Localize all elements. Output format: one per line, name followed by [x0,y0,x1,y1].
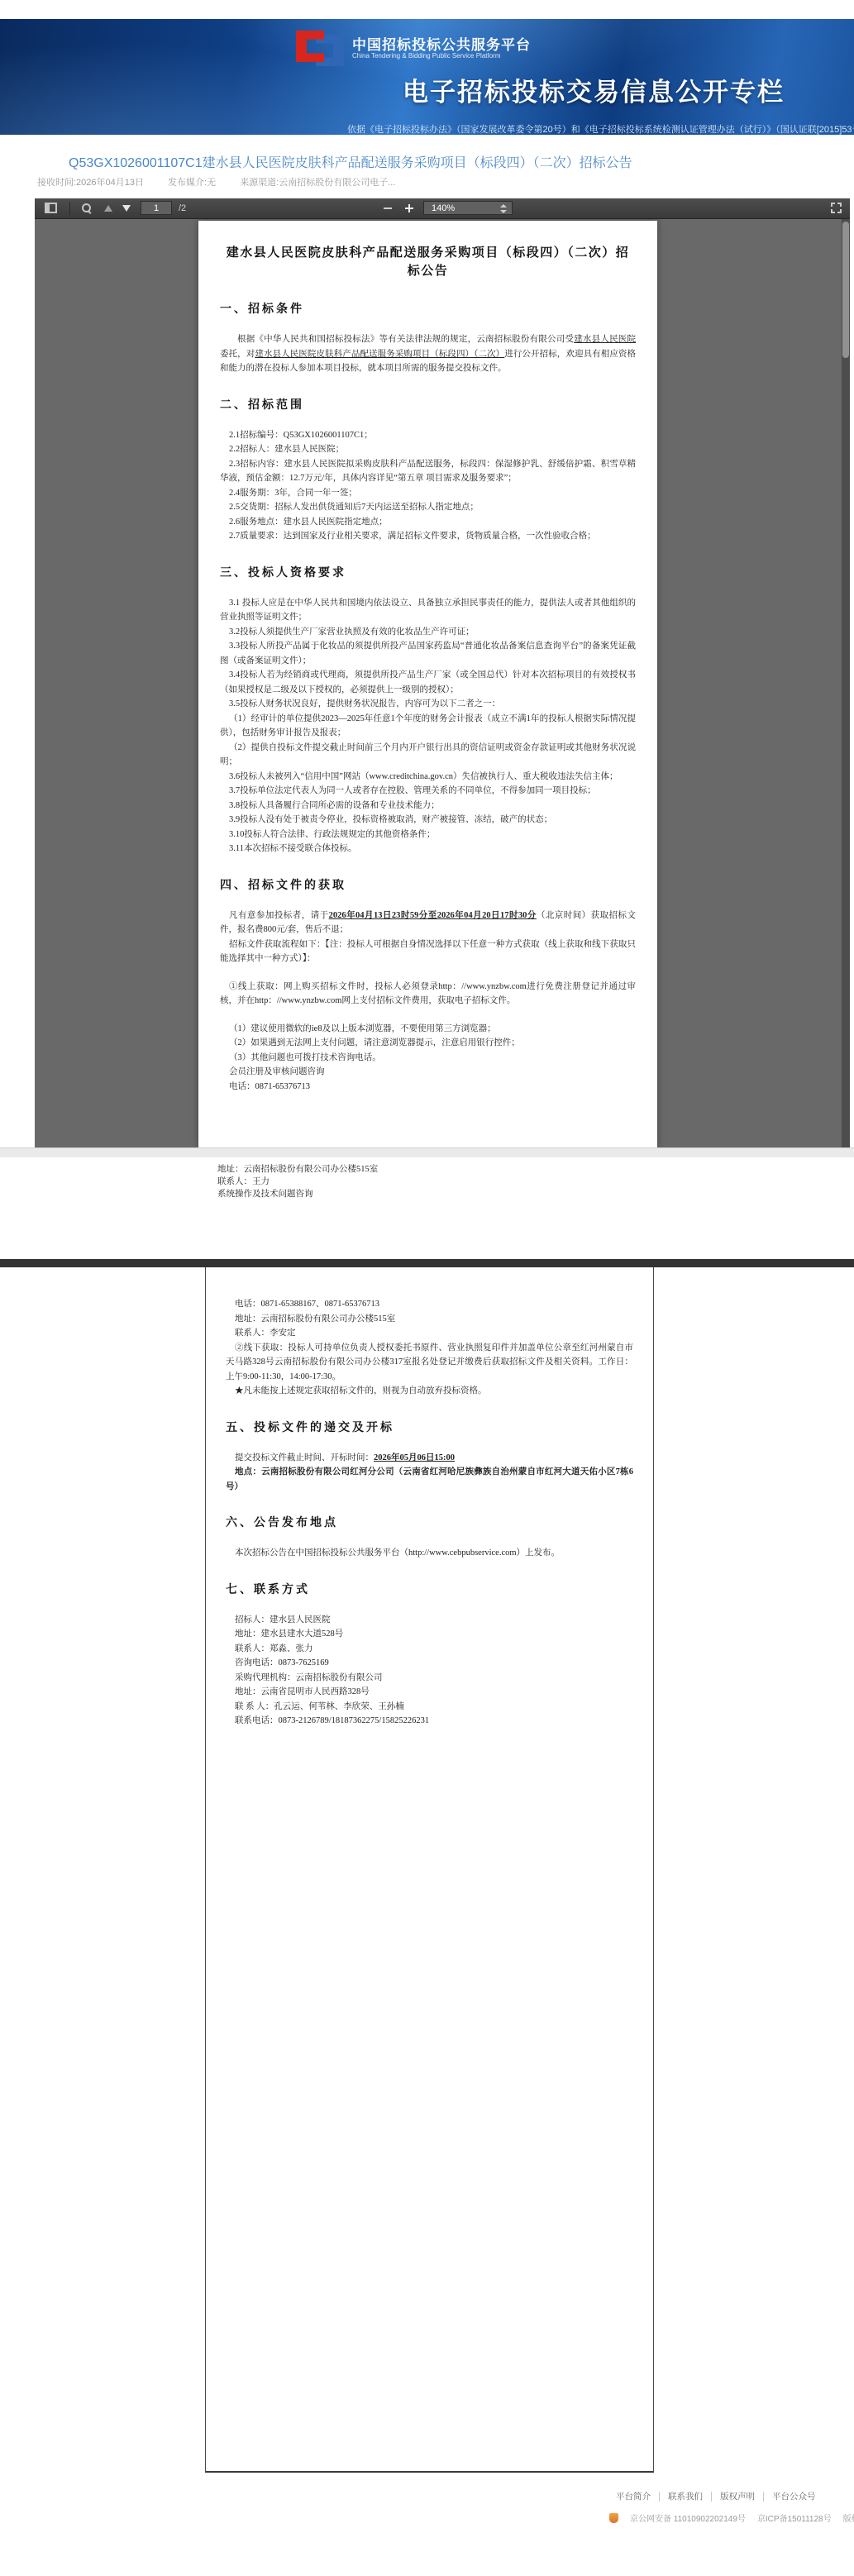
platform-logo-icon [296,28,346,66]
doc-heading-1: 一、招标条件 [220,302,636,318]
doc-heading-2: 二、招标范围 [220,398,636,414]
doc-line: 2.4服务期：3年，合同一年一签； [220,486,636,501]
next-page-icon[interactable] [122,205,131,212]
page-number-input[interactable] [141,201,172,215]
previous-page-icon[interactable] [104,205,112,212]
site-banner: 中国招标投标公共服务平台 China Tendering & Bidding P… [0,19,854,135]
doc-line: 3.9投标人没有处于被责令停业，投标资格被取消，财产被接管、冻结，破产的状态； [220,813,636,828]
doc-line: 联系人：李安定 [226,1326,633,1341]
stitch-band [0,1147,854,1157]
doc-line: （2）提供自投标文件提交截止时间前三个月内开户银行出具的资信证明或资金存款证明或… [220,741,636,770]
doc-line: 联系人：王力 [208,1176,854,1188]
platform-name: 中国招标投标公共服务平台 [352,33,531,54]
page-count-label: /2 [179,203,186,213]
doc-heading-3: 三、投标人资格要求 [220,565,636,582]
doc-line: 2.3招标内容：建水县人民医院拟采购皮肤科产品配送服务，标段四：保湿修护乳、舒缓… [220,457,636,486]
doc-section-3-list: 3.1 投标人应是在中华人民共和国境内依法设立、具备独立承担民事责任的能力，提供… [220,596,636,856]
meta-publish-media: 发布媒介:无 [168,178,216,188]
pdf-viewer: /2 140% 建水县人民医院皮肤科产品配送服务采购项目（标段四）（二次）招标公… [35,198,850,1148]
zoom-in-button[interactable] [403,203,415,214]
doc-publish-place-line: 本次招标公告在中国招标投标公共服务平台（http://www.cebpubser… [226,1546,633,1561]
doc-line: 3.2投标人须提供生产厂家营业执照及有效的化妆品生产许可证； [220,625,636,640]
doc-line: （2）如果遇到无法网上支付问题，请注意浏览器提示，注意启用银行控件； [220,1036,636,1051]
doc-star-note-line: ★凡未能按上述规定获取招标文件的，则视为自动放弃投标资格。 [226,1384,633,1399]
zoom-level-value: 140% [432,203,455,213]
footer-link[interactable]: 联系我们 [660,2492,712,2502]
doc-line: 电话：0871-65388167、0871-65376713 [226,1297,633,1312]
doc-line: 地址：建水县建水大道528号 [226,1627,633,1642]
doc-line: 地址：云南招标股份有限公司办公楼515室 [226,1312,633,1327]
doc-line: （1）经审计的单位提供2023—2025年任意1个年度的财务会计报表（成立不满1… [220,712,636,741]
doc-member-consult-line: 会员注册及审核问题咨询 [220,1065,636,1080]
doc-title: 建水县人民医院皮肤科产品配送服务采购项目（标段四）（二次）招标公告 [220,244,636,280]
doc-phone-line: 电话：0871-65376713 [220,1080,636,1095]
logo-red-shape [296,31,324,62]
doc-line: 采购代理机构：云南招标股份有限公司 [226,1671,633,1686]
doc-line: 3.8投标人具备履行合同所必需的设备和专业技术能力； [220,799,636,813]
doc-text: 委托，对 [220,350,255,359]
article-meta: 接收时间:2026年04月13日 发布媒介:无 来源渠道:云南招标股份有限公司电… [37,175,417,188]
pdf-page-2: 电话：0871-65388167、0871-65376713地址：云南招标股份有… [205,1267,654,2473]
doc-line: 2.5交货期：招标人发出供货通知后7天内运送至招标人指定地点； [220,500,636,515]
meta-receive-time: 接收时间:2026年04月13日 [37,178,144,188]
doc-paragraph: 根据《中华人民共和国招标投标法》等有关法律法规的规定，云南招标股份有限公司受建水… [220,332,636,376]
sidebar-toggle-icon[interactable] [45,203,57,213]
copyright-text: 版权所有：中国招标投标公共服务平台有限公司 [843,2512,854,2524]
doc-underlined-text: 建水县人民医院 [574,335,636,344]
toolbar-separator [69,202,70,215]
doc-heading-5: 五、投标文件的递交及开标 [226,1420,633,1437]
doc-line: 联 系 人：孔云运、何苇林、李欣荣、王孙楠 [226,1700,633,1715]
doc-heading-4: 四、招标文件的获取 [220,878,636,894]
footer-link[interactable]: 平台简介 [608,2492,660,2502]
doc-line: 2.2招标人：建水县人民医院； [220,442,636,457]
doc-text: 提交投标文件截止时间、开标时间： [235,1453,374,1462]
doc-line: 3.4投标人若为经销商或代理商，须提供所投产品生产厂家（或全国总代）针对本次招标… [220,668,636,697]
police-badge-icon [609,2513,618,2523]
fullscreen-icon[interactable] [831,203,842,213]
pdf-page-1: 建水县人民医院皮肤科产品配送服务采购项目（标段四）（二次）招标公告 一、招标条件… [198,221,657,1148]
column-title: 电子招标投标交易信息公开专栏 [403,71,785,108]
doc-line: 3.11本次招标不接受联合体投标。 [220,842,636,856]
search-icon[interactable] [81,203,93,214]
scrollbar-thumb[interactable] [842,222,849,358]
platform-name-en: China Tendering & Bidding Public Service… [352,52,501,60]
doc-line: 2.6服务地点：建水县人民医院指定地点； [220,515,636,530]
footer-link[interactable]: 平台公众号 [764,2492,824,2502]
doc-heading-7: 七、联系方式 [226,1582,633,1599]
doc-agency-contact-list: 电话：0871-65388167、0871-65376713地址：云南招标股份有… [226,1297,633,1341]
page-separator [0,1259,854,1267]
doc-underlined-text: 建水县人民医院皮肤科产品配送服务采购项目（标段四）（二次） [255,350,504,359]
doc-line: 系统操作及技术问题咨询 [208,1188,854,1200]
footer-copyright: 京公网安备 11010902202149号 京ICP备15011128号 版权所… [609,2512,854,2524]
viewer-scrollbar[interactable] [842,219,850,1148]
doc-line: 3.10投标人符合法律、行政法规规定的其他资格条件； [220,828,636,842]
dropdown-arrows-icon [500,203,507,214]
banner-notice-line: 依据《电子招标投标办法》（国家发展改革委令第20号）和《电子招标投标系统检测认证… [347,122,854,135]
pdf-canvas-area: 建水县人民医院皮肤科产品配送服务采购项目（标段四）（二次）招标公告 一、招标条件… [35,219,850,1148]
doc-line: （1）建议使用微软的ie8及以上版本浏览器，不要使用第三方浏览器； [220,1022,636,1037]
doc-line: 3.5投标人财务状况良好，提供财务状况报告，内容可为以下二者之一： [220,697,636,712]
beian-gongan: 京公网安备 11010902202149号 [630,2512,746,2524]
doc-obtain-period-line: 凡有意参加投标者，请于2026年04月13日23时59分至2026年04月20日… [220,909,636,937]
page-root: 中国招标投标公共服务平台 China Tendering & Bidding P… [0,0,854,2576]
doc-line: 地址：云南省昆明市人民西路328号 [226,1685,633,1700]
doc-open-bid-place-line: 地点：云南招标股份有限公司红河分公司（云南省红河哈尼族彝族自治州蒙自市红河大道天… [226,1465,633,1494]
zoom-level-select[interactable]: 140% [423,201,513,215]
doc-heading-6: 六、公告发布地点 [226,1515,633,1532]
doc-notes-list: （1）建议使用微软的ie8及以上版本浏览器，不要使用第三方浏览器；（2）如果遇到… [220,1022,636,1066]
doc-text: 凡有意参加投标者，请于 [229,911,329,920]
doc-obtain-flow-line: 招标文件获取流程如下：【注：投标人可根据自身情况选择以下任意一种方式获取（线上获… [220,937,636,966]
doc-line: 3.7投标单位法定代表人为同一人或者存在控股、管理关系的不同单位，不得参加同一项… [220,784,636,799]
page1-continuation: 地址：云南招标股份有限公司办公楼515室联系人：王力系统操作及技术问题咨询 [0,1157,854,1259]
doc-line: 地址：云南招标股份有限公司办公楼515室 [208,1163,854,1176]
doc-line: 联系人：郑淼、张力 [226,1642,633,1657]
doc-line: 2.7质量要求：达到国家及行业相关要求，满足招标文件要求，货物质量合格，一次性验… [220,529,636,544]
doc-line: 咨询电话：0873-7625169 [226,1656,633,1671]
footer-link[interactable]: 版权声明 [712,2492,764,2502]
pdf-toolbar: /2 140% [35,198,850,219]
doc-online-obtain-line: ①线上获取：网上购买招标文件时，投标人必须登录http：//www.ynzbw.… [220,980,636,1009]
doc-line: （3）其他问题也可拨打技术咨询电话。 [220,1051,636,1066]
doc-line: 3.6投标人未被列入“信用中国”网站（www.creditchina.gov.c… [220,770,636,785]
meta-source-channel: 来源渠道:云南招标股份有限公司电子... [240,178,395,188]
doc-line: 3.1 投标人应是在中华人民共和国境内依法设立、具备独立承担民事责任的能力，提供… [220,596,636,625]
doc-section-2-list: 2.1招标编号：Q53GX1026001107C1；2.2招标人：建水县人民医院… [220,428,636,544]
doc-line: 3.3投标人所投产品属于化妆品的须提供所投产品国家药监局“普通化妆品备案信息查询… [220,639,636,668]
beian-icp: 京ICP备15011128号 [757,2512,832,2524]
doc-line: 招标人：建水县人民医院 [226,1613,633,1628]
doc-offline-obtain-line: ②线下获取：投标人可持单位负责人授权委托书原件、营业执照复印件并加盖单位公章至红… [226,1341,633,1385]
doc-deadline-range: 2026年04月13日23时59分至2026年04月20日17时30分 [329,911,537,920]
doc-contact-list: 招标人：建水县人民医院地址：建水县建水大道528号联系人：郑淼、张力咨询电话：0… [226,1613,633,1729]
doc-deadline-line: 提交投标文件截止时间、开标时间：2026年05月06日15:00 [226,1451,633,1466]
article-title[interactable]: Q53GX1026001107C1建水县人民医院皮肤科产品配送服务采购项目（标段… [69,152,632,171]
doc-line: 联系电话：0873-2126789/18187362275/1582522623… [226,1714,633,1729]
footer-links: 平台简介联系我们版权声明平台公众号 [608,2490,824,2502]
zoom-out-button[interactable] [382,203,394,214]
doc-line: 2.1招标编号：Q53GX1026001107C1； [220,428,636,443]
doc-text: 根据《中华人民共和国招标投标法》等有关法律法规的规定，云南招标股份有限公司受 [237,335,574,344]
doc-open-bid-time: 2026年05月06日15:00 [374,1453,455,1462]
doc-continuation-list: 地址：云南招标股份有限公司办公楼515室联系人：王力系统操作及技术问题咨询 [208,1163,854,1200]
